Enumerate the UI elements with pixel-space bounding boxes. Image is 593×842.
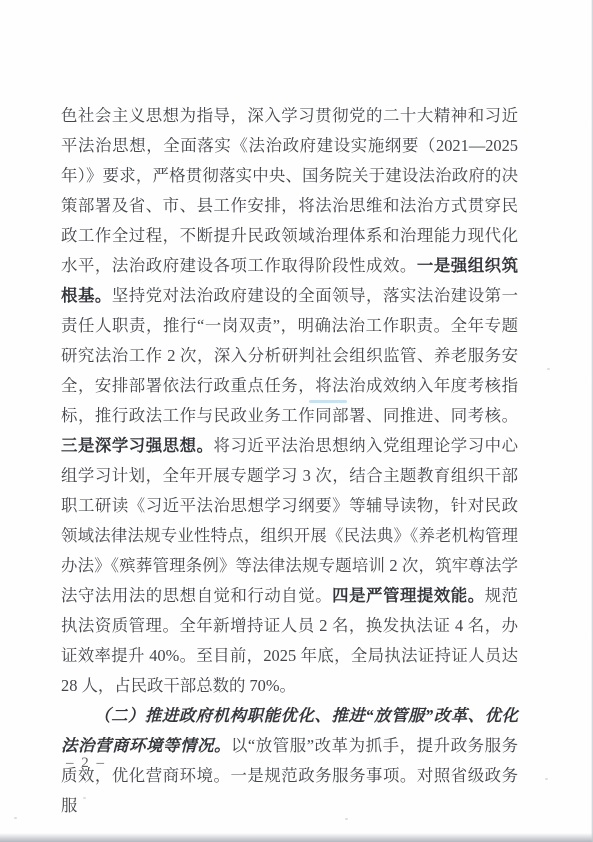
scan-speckle — [545, 778, 548, 780]
scan-edge-bottom — [0, 833, 593, 842]
emphasis-segment: 三是深学习强思想。 — [61, 436, 214, 455]
scan-speckle — [14, 817, 17, 819]
scanned-document-page: 色社会主义思想为指导，深入学习贯彻党的二十大精神和习近平法治思想，全面落实《法治… — [0, 0, 593, 842]
scan-artifact-line — [309, 400, 347, 403]
emphasis-segment: 四是严管理提效能。 — [332, 586, 485, 605]
scan-speckle — [345, 818, 348, 820]
scan-speckle — [83, 797, 86, 799]
scan-speckle — [547, 368, 550, 370]
paragraph: （二）推进政府机构职能优化、推进“放管服”改革、优化法治营商环境等情况。以“放管… — [61, 701, 518, 821]
text-segment: 将习近平法治思想纳入党组理论学习中心组学习计划，全年开展专题学习 3 次，结合主… — [61, 436, 518, 605]
page-number: – 2 – — [66, 755, 106, 772]
text-segment: 坚持党对法治政府建设的全面领导，落实法治建设第一责任人职责，推行“一岗双责”，明… — [61, 286, 518, 425]
text-segment: 色社会主义思想为指导，深入学习贯彻党的二十大精神和习近平法治思想，全面落实《法治… — [61, 106, 518, 275]
text-block: 色社会主义思想为指导，深入学习贯彻党的二十大精神和习近平法治思想，全面落实《法治… — [61, 101, 518, 821]
paragraph: 色社会主义思想为指导，深入学习贯彻党的二十大精神和习近平法治思想，全面落实《法治… — [61, 101, 518, 701]
